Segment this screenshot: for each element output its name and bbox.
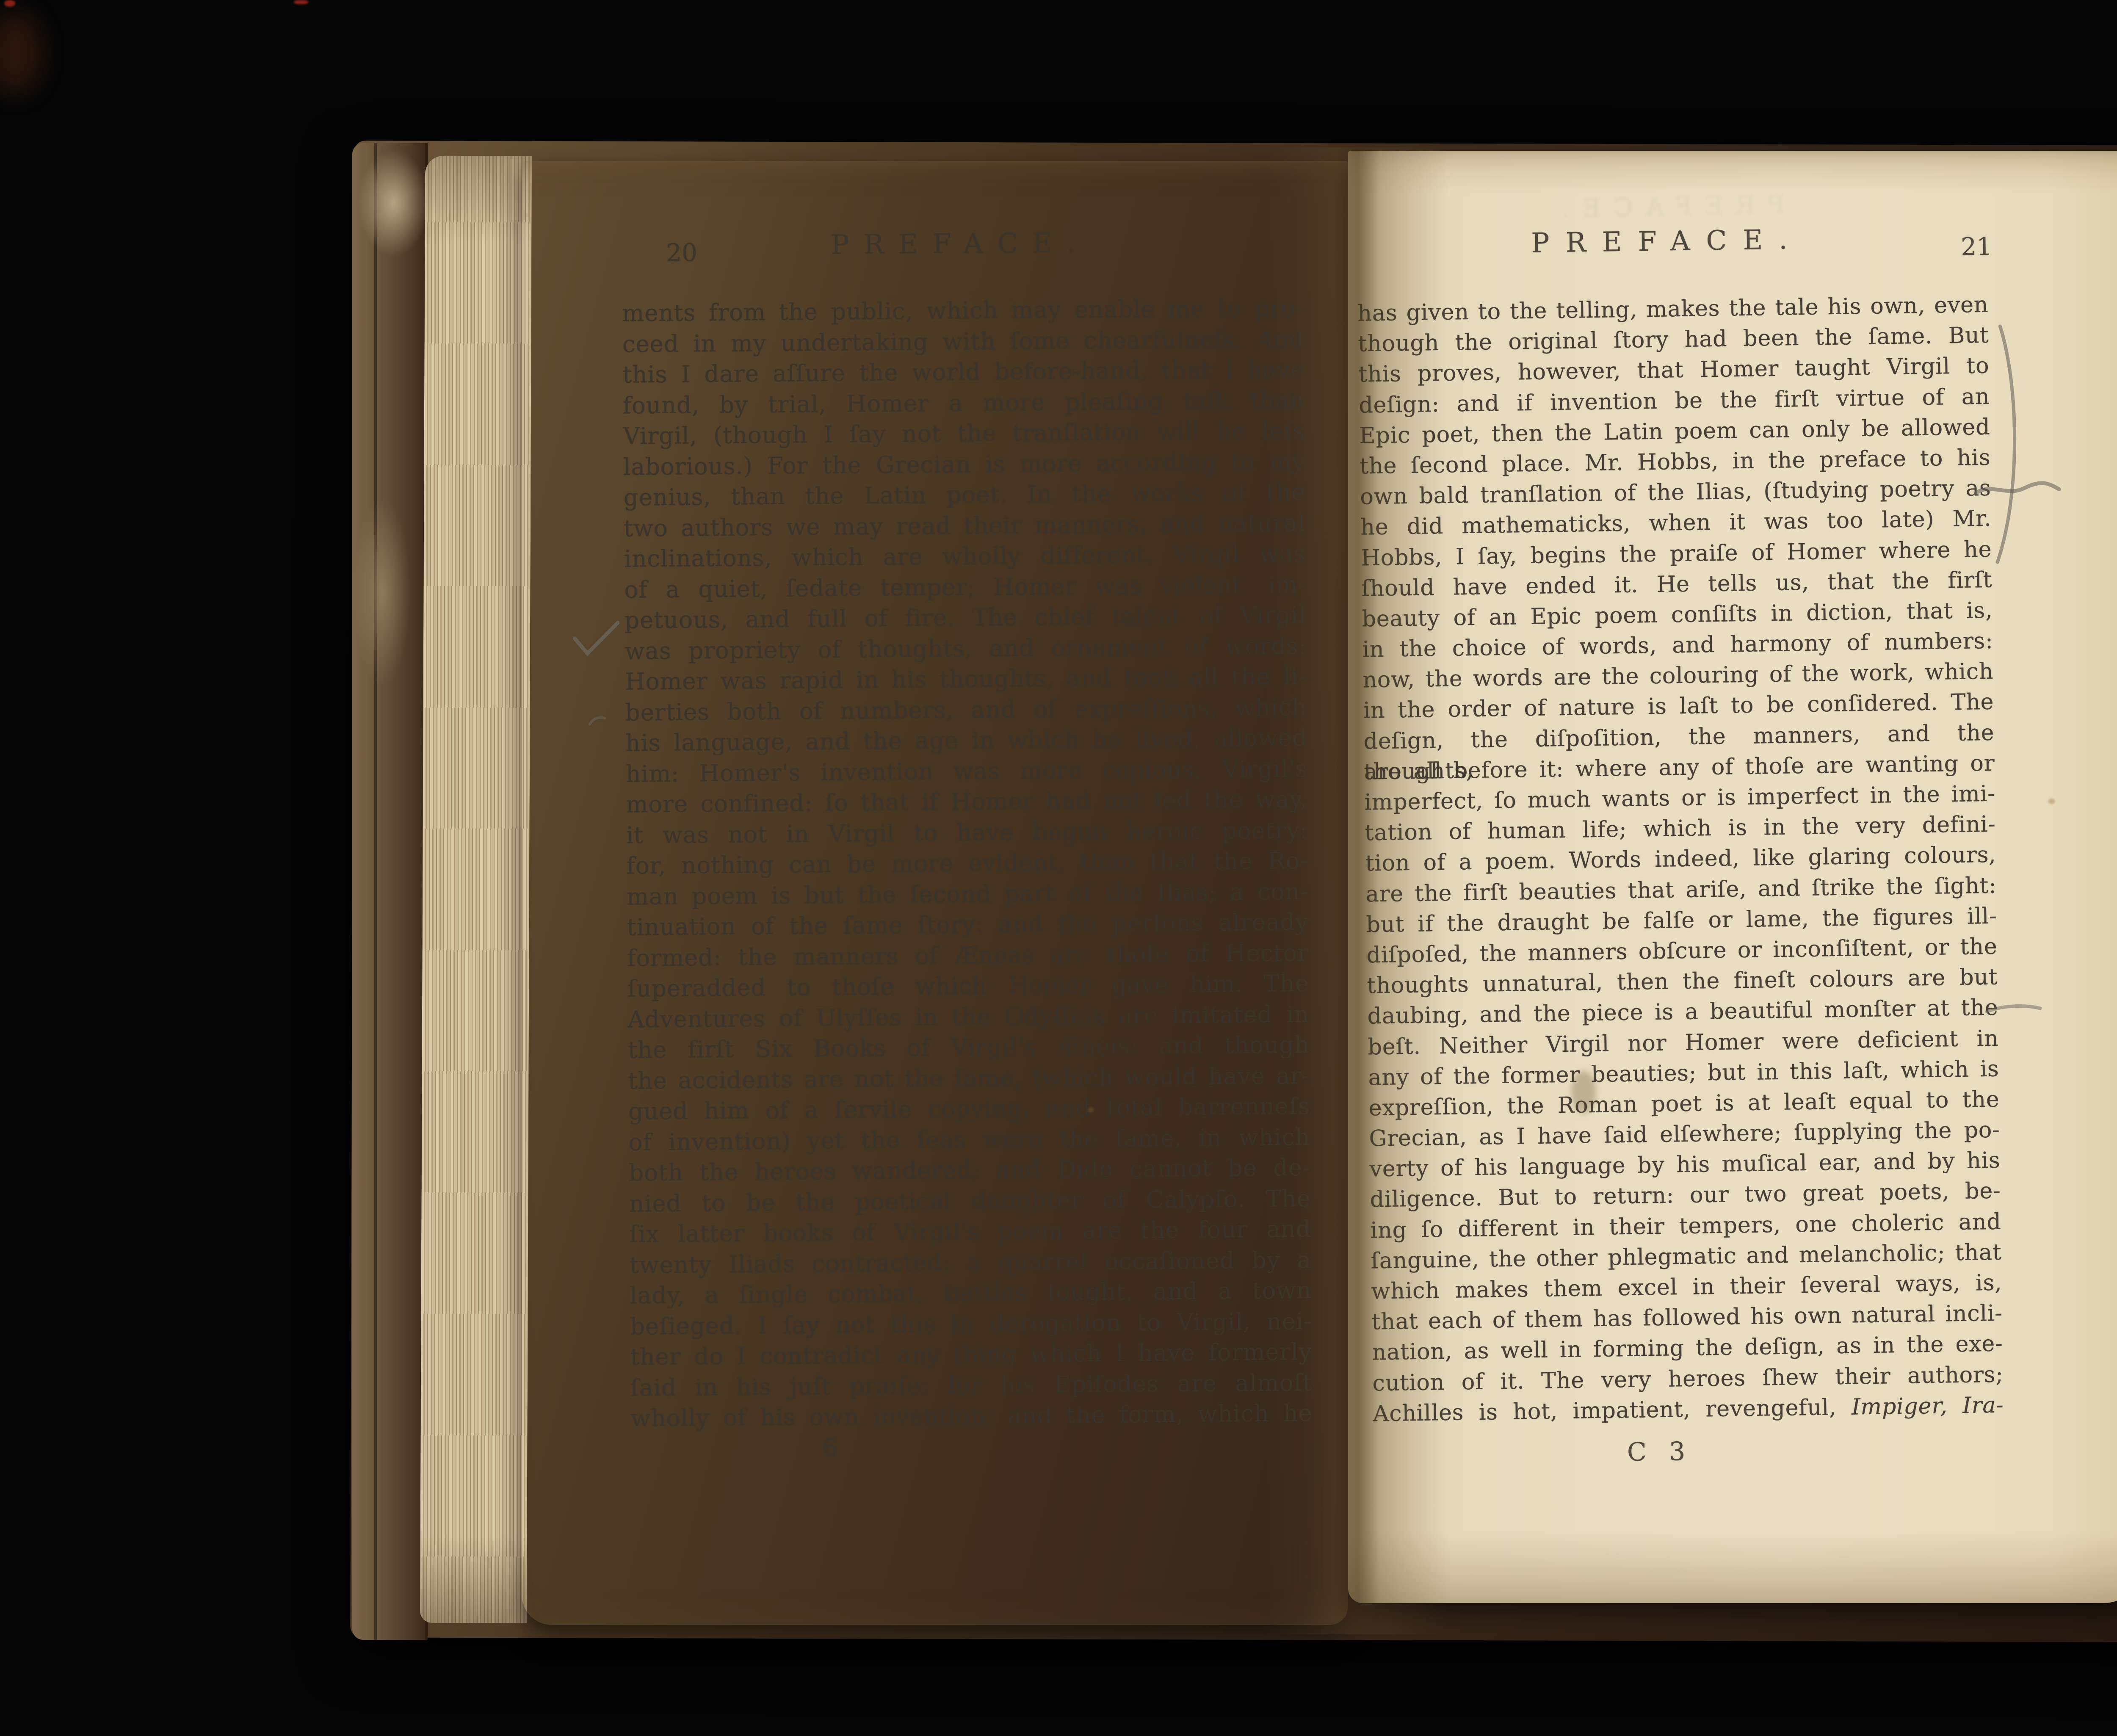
left-page: PREFACE. 20 PREFACE. ments from the publ… bbox=[522, 161, 1348, 1625]
text-line: petuous, and full of fire. The chief tal… bbox=[625, 600, 1307, 636]
italic-phrase: Impiger, Ira- bbox=[1851, 1392, 2004, 1420]
show-through-ghost-title: PREFACE. bbox=[1355, 185, 1978, 228]
text-line: both the heroes wandered; and Dido canno… bbox=[629, 1152, 1311, 1188]
text-line: genius, than the Latin poet. In the work… bbox=[623, 477, 1305, 513]
left-cover-leather bbox=[352, 143, 428, 1640]
signature-mark: C 3 bbox=[1627, 1437, 1685, 1467]
paper-fleck bbox=[2048, 799, 2055, 804]
text-line: ſix latter books of Virgil's poem are th… bbox=[629, 1214, 1311, 1249]
text-line: ſuperadded to thoſe which Homer gave him… bbox=[627, 968, 1309, 1004]
text-line: Adventures of Ulyſſes in the Odyſſeis ar… bbox=[627, 999, 1310, 1035]
pencil-margin-line-icon bbox=[1987, 323, 2031, 567]
text-line: his language, and the age in which he li… bbox=[625, 722, 1307, 758]
pencil-checkmark-icon bbox=[570, 619, 624, 661]
running-title-right: PREFACE. bbox=[1356, 221, 1979, 262]
text-line: it was not in Virgil to have begun heroi… bbox=[626, 815, 1308, 851]
text-line: formed: the manners of Æneas are thoſe o… bbox=[627, 937, 1309, 973]
running-title-left: PREFACE. bbox=[622, 226, 1299, 263]
text-line: laborious.) For the Grecian is more acco… bbox=[623, 446, 1305, 482]
right-page: PREFACE. PREFACE. 21 has given to the te… bbox=[1348, 151, 2117, 1603]
text-line: was propriety of thoughts, and ornament … bbox=[625, 630, 1307, 666]
text-line: found, by trial, Homer a more pleaſing t… bbox=[623, 385, 1305, 421]
text-line: ments from the public, which may enable … bbox=[622, 293, 1304, 329]
text-line: of a quiet, ſedate temper; Homer was vio… bbox=[624, 569, 1306, 605]
scan-artifact-speck bbox=[294, 0, 308, 4]
text-line: the firſt Six Books of Virgil's Æneis: a… bbox=[628, 1029, 1310, 1065]
photograph-of-open-book: PREFACE. 20 PREFACE. ments from the publ… bbox=[0, 0, 2117, 1736]
text-line: more confined: ſo that if Homer had not … bbox=[626, 784, 1308, 820]
text-line: of invention) yet the ſeas were the ſame… bbox=[628, 1122, 1310, 1158]
text-line: ther do I contradict any thing which I h… bbox=[630, 1336, 1312, 1372]
text-line: berties both of numbers, and of expreſſi… bbox=[625, 692, 1307, 728]
text-line: him: Homer's invention was more copious,… bbox=[625, 753, 1307, 789]
text-line: ſaid in his juſt praiſe: for his Epiſode… bbox=[630, 1367, 1313, 1403]
scan-artifact-speck bbox=[4, 0, 15, 7]
text-line: lady, a ſingle combat, battles fought, a… bbox=[630, 1275, 1312, 1311]
left-page-edge-stack bbox=[420, 156, 532, 1623]
text-line: this I dare aſſure the world before-hand… bbox=[622, 354, 1304, 390]
text-line: Virgil, (though I ſay not the tranſlatio… bbox=[623, 415, 1305, 451]
text-line: wholly of his own invention; and the for… bbox=[630, 1398, 1313, 1434]
text-line: for, nothing can be more evident, than t… bbox=[626, 845, 1308, 881]
right-page-text: has given to the telling, makes the tale… bbox=[1357, 290, 2004, 1429]
text-line: gued him of a ſervile copying, and total… bbox=[628, 1091, 1310, 1127]
text-line: inclinations, which are wholly different… bbox=[624, 538, 1306, 574]
text-line: man poem is but the ſecond part of the I… bbox=[627, 876, 1309, 912]
text-line: beſieged. I ſay not this in derogation t… bbox=[630, 1306, 1312, 1342]
press-figure: 6 bbox=[822, 1434, 837, 1462]
text-line: two authors we may read their manners, a… bbox=[624, 508, 1306, 544]
pencil-squiggle-icon bbox=[1973, 477, 2063, 504]
text-line: twenty Iliads contracted: a quarrel occa… bbox=[630, 1244, 1312, 1280]
page-number-right: 21 bbox=[1961, 232, 1993, 261]
background-smudge bbox=[0, 13, 42, 93]
pencil-tick-icon bbox=[588, 714, 610, 727]
text-line: tinuation of the ſame ſtory: and the per… bbox=[627, 907, 1309, 943]
text-line: the accidents are not the ſame, (which w… bbox=[628, 1060, 1310, 1096]
text-line: Homer was rapid in his thoughts, and too… bbox=[625, 661, 1307, 697]
pencil-dash-icon bbox=[1984, 1000, 2044, 1017]
text-line: ceed in my undertaking with ſome chearfu… bbox=[622, 323, 1304, 359]
text-line: nied to be the poetical daughter of Caly… bbox=[629, 1183, 1311, 1219]
left-page-text: ments from the public, which may enable … bbox=[622, 293, 1313, 1434]
